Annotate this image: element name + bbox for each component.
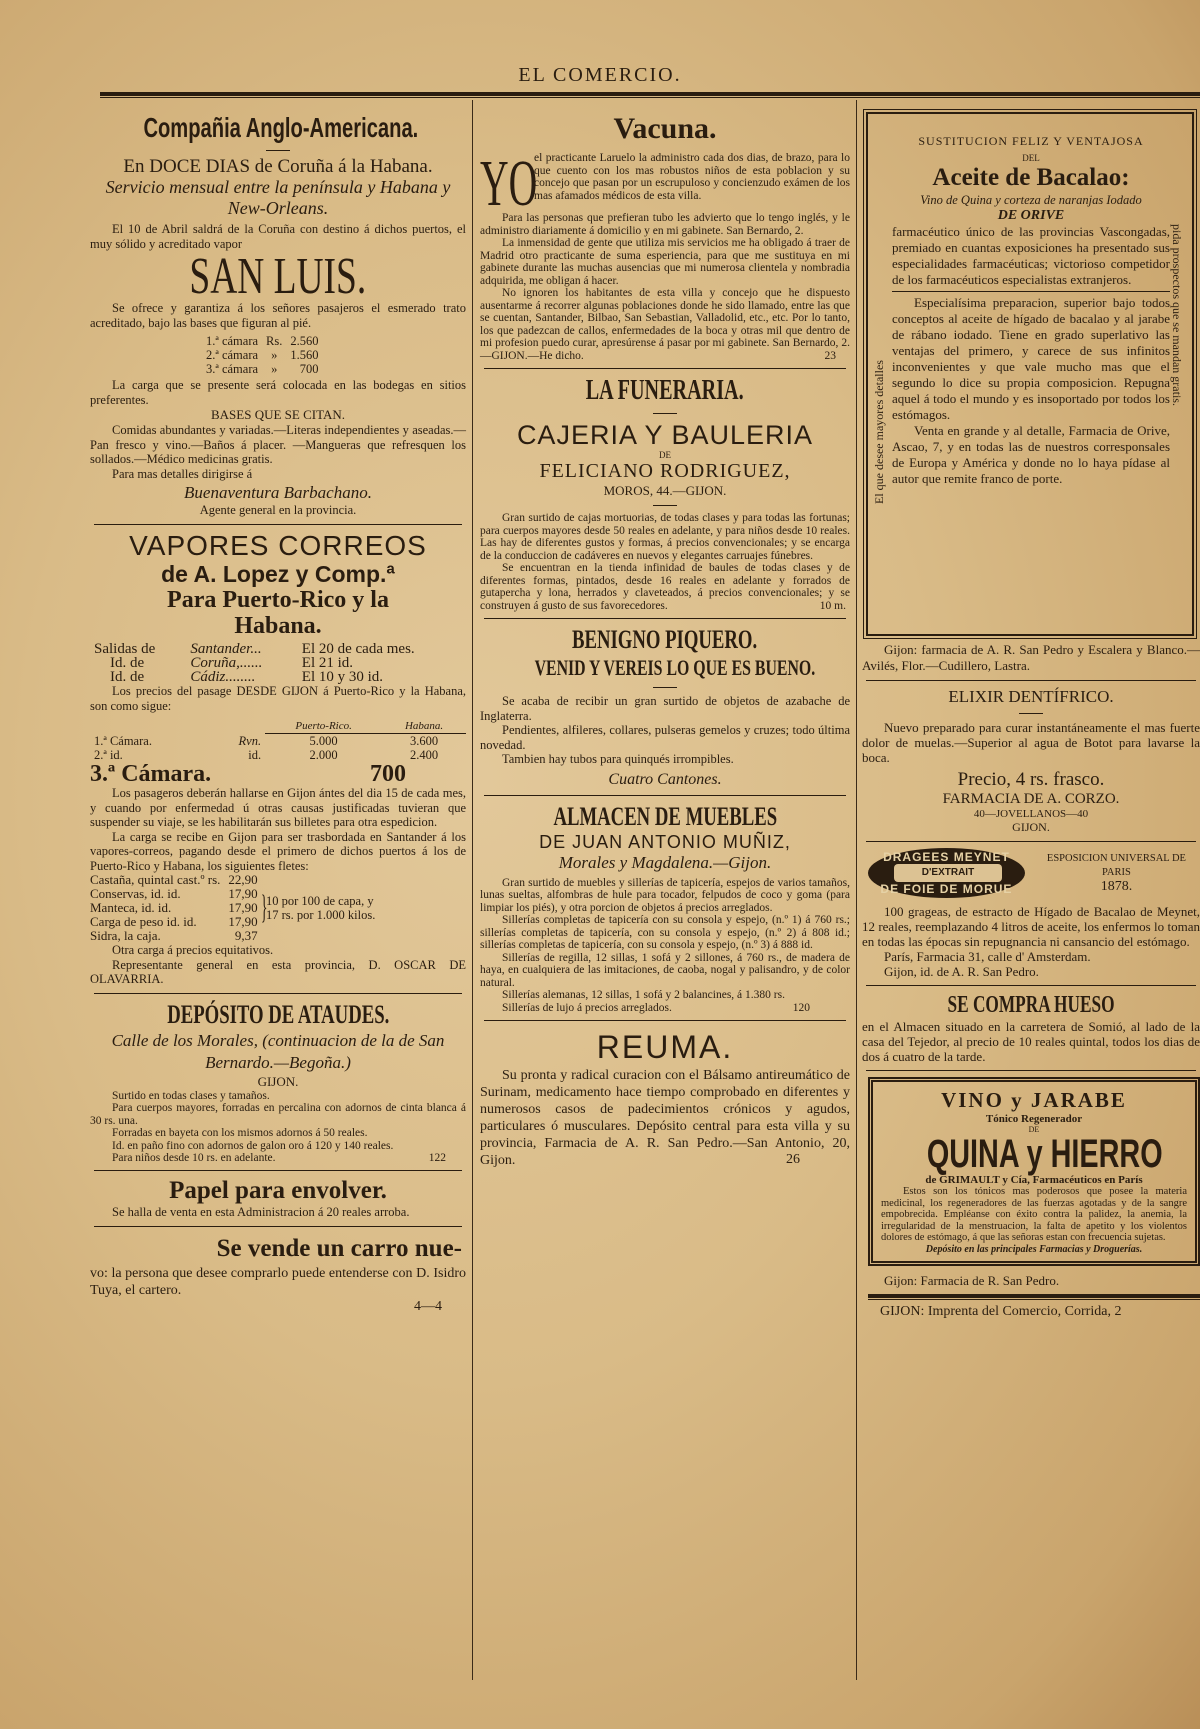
ad-title: VAPORES CORREOS (90, 531, 466, 561)
column-divider (856, 100, 857, 1680)
ad-se-compra-hueso: SE COMPRA HUESO en el Almacen situado en… (862, 992, 1200, 1064)
ad-owner: DE JUAN ANTONIO MUÑIZ, (480, 832, 850, 853)
ad-text: Forradas en bayeta con los mismos adorno… (90, 1127, 466, 1140)
ad-aceite-bacalao: El que desee mayores detalles pida prosp… (866, 112, 1194, 636)
ad-ref: 4—4 (90, 1299, 466, 1315)
ad-text: Sillerías de lujo á precios arreglados. (502, 1002, 672, 1014)
ad-city: GIJON. (862, 820, 1200, 835)
bacalao-footer: Gijon: farmacia de A. R. San Pedro y Esc… (862, 642, 1200, 674)
expo-label: ESPOSICION UNIVERSAL DE PARIS (1033, 852, 1200, 880)
ad-text: Los precios del pasage DESDE GIJON á Pue… (90, 684, 466, 713)
side-text-left: El que desee mayores detalles (872, 360, 887, 504)
prices-table: Puerto-Rico.Habana. 1.ª Cámara.Rvn.5.000… (90, 719, 466, 762)
ad-text: Otra carga á precios equitativos. (90, 943, 466, 958)
departures-table: Salidas deSantander...El 20 de cada mes.… (90, 642, 466, 684)
meynet-oval-logo: DRAGEES MEYNET D'EXTRAIT DE FOIE DE MORU… (868, 848, 1025, 898)
ad-title: BENIGNO PIQUERO. (572, 625, 757, 655)
ad-title: Vacuna. (480, 112, 850, 146)
expo-year: 1878. (1033, 880, 1200, 894)
ad-title: Se vende un carro nue- (90, 1233, 466, 1265)
ad-text: en el Almacen situado en la carretera de… (862, 1019, 1200, 1064)
ad-subtitle: VENID Y VEREIS LO QUE ES BUENO. (535, 655, 816, 681)
ad-dragees-meynet: DRAGEES MEYNET D'EXTRAIT DE FOIE DE MORU… (862, 848, 1200, 979)
masthead: EL COMERCIO. (0, 64, 1200, 87)
ad-subtitle: Tónico Regenerador (881, 1113, 1187, 1125)
ad-text: La carga se recibe en Gijon para ser tra… (90, 830, 466, 874)
ad-text: Especialísima preparacion, superior bajo… (892, 295, 1170, 423)
ad-owner: FELICIANO RODRIGUEZ, (480, 460, 850, 483)
ad-city: GIJON. (90, 1074, 466, 1090)
ad-title: ELIXIR DENTÍFRICO. (862, 687, 1200, 707)
ad-address: Morales y Magdalena.—Gijon. (480, 853, 850, 873)
ad-text: 100 grageas, de estracto de Hígado de Ba… (862, 904, 1200, 949)
ad-text: Para mas detalles dirigirse á (90, 467, 466, 482)
ad-subtitle: de A. Lopez y Comp.ª (90, 561, 466, 587)
agent-role: Agente general en la provincia. (90, 503, 466, 518)
ad-almacen-muebles: ALMACEN DE MUEBLES DE JUAN ANTONIO MUÑIZ… (480, 802, 850, 1014)
ad-text: Para niños desde 10 rs. en adelante. (112, 1152, 276, 1164)
ad-deposit: Depósito en las principales Farmacias y … (881, 1244, 1187, 1255)
third-class-label: 3.ª Cámara. (90, 762, 211, 786)
column-3: El que desee mayores detalles pida prosp… (862, 104, 1200, 1320)
column-divider (472, 100, 473, 1680)
agent-name: Buenaventura Barbachano. (90, 483, 466, 503)
ad-title: DEPÓSITO DE ATAUDES. (167, 1000, 389, 1030)
ad-text: Sillerías completas de tapicería con su … (480, 914, 850, 952)
ad-text: Comidas abundantes y variadas.—Literas i… (90, 423, 466, 467)
ad-address: MOROS, 44.—GIJON. (480, 483, 850, 499)
fares-table: 1.ª cámaraRs.2.560 2.ª cámara»1.560 3.ª … (202, 334, 322, 376)
ad-title: VINO y JARABE (881, 1088, 1187, 1113)
ad-title: REUMA. (480, 1027, 850, 1067)
ad-text: Tambien hay tubos para quinqués irrompib… (480, 752, 850, 767)
vino-footer: Gijon: Farmacia de R. San Pedro. (862, 1274, 1200, 1289)
ad-text: Para cuerpos mayores, forradas en percal… (90, 1102, 466, 1127)
ad-title: LA FUNERARIA. (586, 375, 744, 407)
ad-de: DE (480, 450, 850, 460)
ad-title: Aceite de Bacalao: (892, 163, 1170, 193)
ad-del: DEL (892, 153, 1170, 163)
ad-ref: 120 (793, 1002, 810, 1014)
drop-cap: YO (480, 156, 508, 212)
ad-text: Se acaba de recibir un gran surtido de o… (480, 694, 850, 723)
ad-text: La inmensidad de gente que utiliza mis s… (480, 237, 850, 287)
ad-address: Calle de los Morales, (continuacion de l… (90, 1030, 466, 1074)
ad-subtitle: En DOCE DIAS de Coruña á la Habana. (90, 157, 466, 177)
ad-text: Sillerías de regilla, 12 sillas, 1 sofá … (480, 952, 850, 990)
ad-address: París, Farmacia 31, calle d' Amsterdam. (862, 949, 1200, 964)
ad-text: farmacéutico único de las provincias Vas… (892, 224, 1170, 288)
ad-header: SUSTITUCION FELIZ Y VENTAJOSA (892, 134, 1170, 149)
ad-signature: Cuatro Cantones. (480, 771, 850, 789)
ship-name: SAN LUIS. (190, 251, 367, 301)
ad-title: ALMACEN DE MUEBLES (553, 802, 777, 832)
ad-text: vo: la persona que desee comprarlo puede… (90, 1265, 466, 1299)
ad-title: SE COMPRA HUESO (947, 992, 1114, 1019)
column-1: Compañia Anglo-Americana. En DOCE DIAS d… (90, 104, 466, 1315)
column-2: Vacuna. YO el practicante Laruelo la adm… (480, 104, 850, 1168)
ad-destination: Para Puerto-Rico y la Habana. (140, 587, 416, 639)
ad-text: Sillerías alemanas, 12 sillas, 1 sofá y … (480, 989, 850, 1002)
ad-text: el practicante Laruelo la administro cad… (484, 152, 850, 202)
ad-vacuna: Vacuna. YO el practicante Laruelo la adm… (480, 112, 850, 362)
ad-funeraria: LA FUNERARIA. CAJERIA Y BAULERIA DE FELI… (480, 375, 850, 612)
freight-note: 10 por 100 de capa, y 17 rs. por 1.000 k… (266, 894, 386, 922)
bases-title: BASES QUE SE CITAN. (90, 407, 466, 423)
ad-text: El 10 de Abril saldrá de la Coruña con d… (90, 222, 466, 251)
ad-anglo-americana: Compañia Anglo-Americana. En DOCE DIAS d… (90, 112, 466, 518)
ad-ref: 122 (429, 1152, 446, 1164)
ad-carro: Se vende un carro nue- vo: la persona qu… (90, 1233, 466, 1315)
freight-table: Castaña, quintal cast.º rs.22,90 Conserv… (90, 873, 262, 943)
side-text-right: pida prospectos que se mandan gratis. (1169, 224, 1184, 432)
ad-brand: DE ORIVE (892, 208, 1170, 224)
ad-deposito-ataudes: DEPÓSITO DE ATAUDES. Calle de los Morale… (90, 1000, 466, 1165)
third-class-price: 700 (370, 762, 406, 786)
ad-ref: 26 (480, 1152, 850, 1168)
ad-address: 40—JOVELLANOS—40 (862, 808, 1200, 820)
ad-text: Gran surtido de muebles y sillerías de t… (480, 877, 850, 915)
ad-vapores-correos: VAPORES CORREOS de A. Lopez y Comp.ª Par… (90, 531, 466, 987)
ad-text: Surtido en todas clases y tamaños. (90, 1090, 466, 1103)
ad-papel: Papel para envolver. Se halla de venta e… (90, 1177, 466, 1220)
ad-vino-jarabe: VINO y JARABE Tónico Regenerador DE QUIN… (868, 1077, 1200, 1266)
ad-text: Se halla de venta en esta Administracion… (90, 1205, 466, 1220)
ad-text: Se ofrece y garantiza á los señores pasa… (90, 301, 466, 330)
ad-text: Id. en paño fino con adornos de galon or… (90, 1140, 466, 1153)
ad-text: Estos son los tónicos mas poderosos que … (881, 1186, 1187, 1244)
ad-reuma: REUMA. Su pronta y radical curacion con … (480, 1027, 850, 1168)
ad-address: Gijon, id. de A. R. San Pedro. (862, 964, 1200, 979)
ad-text: La carga que se presente será colocada e… (90, 378, 466, 407)
ad-text: Los pasageros deberán hallarse en Gijon … (90, 786, 466, 830)
ad-text: Nuevo preparado para curar instantáneame… (862, 720, 1200, 765)
printer-imprint: GIJON: Imprenta del Comercio, Corrida, 2 (862, 1304, 1200, 1320)
ad-elixir-dentifrico: ELIXIR DENTÍFRICO. Nuevo preparado para … (862, 687, 1200, 835)
ad-benigno-piquero: BENIGNO PIQUERO. VENID Y VEREIS LO QUE E… (480, 625, 850, 789)
ad-title: Compañia Anglo-Americana. (143, 112, 418, 144)
ad-text: Representante general en esta provincia,… (90, 958, 466, 987)
newspaper-page: EL COMERCIO. Compañia Anglo-Americana. E… (0, 0, 1200, 1729)
ad-text: Gran surtido de cajas mortuorias, de tod… (480, 512, 850, 562)
top-rule (100, 92, 1200, 98)
ad-subtitle: Vino de Quina y corteza de naranjas Ioda… (892, 193, 1170, 208)
ad-text: Venta en grande y al detalle, Farmacia d… (892, 423, 1170, 487)
ad-subtitle-italic: Servicio mensual entre la península y Ha… (90, 177, 466, 219)
ad-pharmacy: FARMACIA DE A. CORZO. (862, 791, 1200, 808)
ad-subtitle: CAJERIA Y BAULERIA (480, 420, 850, 450)
ad-big-title: QUINA y HIERRO (927, 1134, 1163, 1174)
ad-text: Pendientes, alfileres, collares, pulsera… (480, 723, 850, 752)
ad-title: Papel para envolver. (90, 1177, 466, 1205)
ad-price: Precio, 4 rs. frasco. (862, 769, 1200, 791)
